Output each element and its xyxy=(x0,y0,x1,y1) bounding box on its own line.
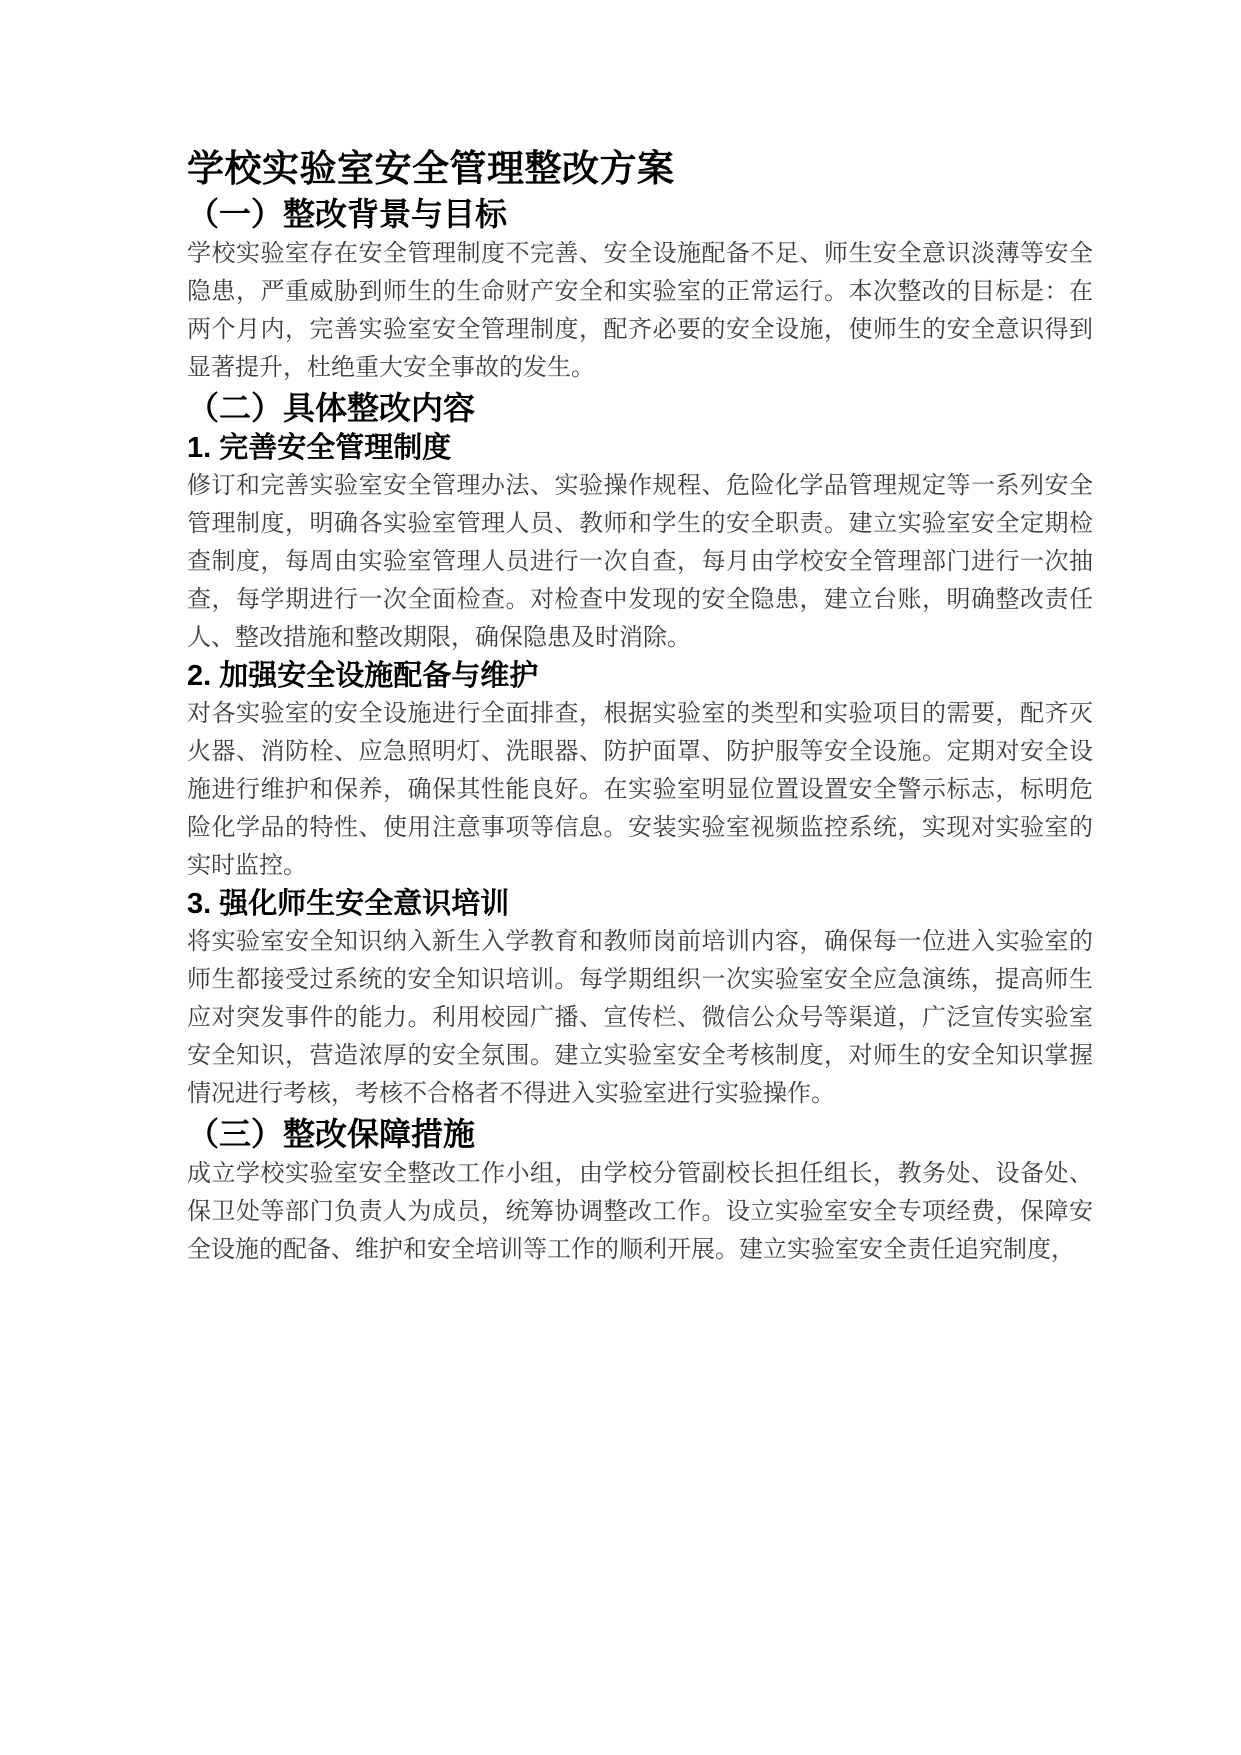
subsection-3-paragraph: 将实验室安全知识纳入新生入学教育和教师岗前培训内容，确保每一位进入实验室的师生都… xyxy=(187,923,1093,1113)
document-page: 学校实验室安全管理整改方案 （一）整改背景与目标 学校实验室存在安全管理制度不完… xyxy=(0,0,1241,1755)
section-2-heading: （二）具体整改内容 xyxy=(187,387,1093,429)
subsection-2-heading: 2. 加强安全设施配备与维护 xyxy=(187,657,1093,695)
section-1-heading: （一）整改背景与目标 xyxy=(187,193,1093,235)
subsection-3-heading: 3. 强化师生安全意识培训 xyxy=(187,885,1093,923)
subsection-1-paragraph: 修订和完善实验室安全管理办法、实验操作规程、危险化学品管理规定等一系列安全管理制… xyxy=(187,467,1093,657)
document-title: 学校实验室安全管理整改方案 xyxy=(187,145,1093,193)
subsection-2-paragraph: 对各实验室的安全设施进行全面排查，根据实验室的类型和实验项目的需要，配齐灭火器、… xyxy=(187,695,1093,885)
subsection-1-heading: 1. 完善安全管理制度 xyxy=(187,429,1093,467)
section-3-paragraph: 成立学校实验室安全整改工作小组，由学校分管副校长担任组长，教务处、设备处、保卫处… xyxy=(187,1155,1093,1269)
section-1-paragraph: 学校实验室存在安全管理制度不完善、安全设施配备不足、师生安全意识淡薄等安全隐患，… xyxy=(187,235,1093,387)
section-3-heading: （三）整改保障措施 xyxy=(187,1113,1093,1155)
